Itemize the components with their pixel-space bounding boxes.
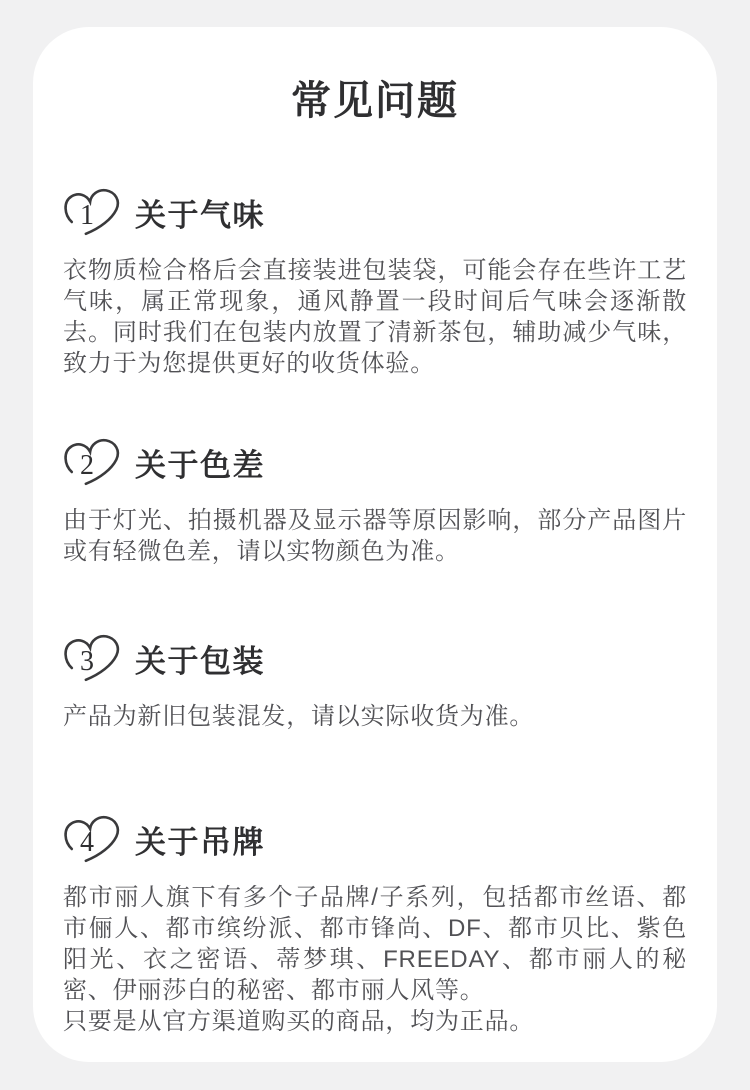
faq-section-odor: 1 关于气味 衣物质检合格后会直接装进包装袋，可能会存在些许工艺气味，属正常现象…	[63, 187, 687, 379]
section-number: 4	[77, 828, 97, 858]
section-title: 关于色差	[135, 440, 265, 485]
section-body: 由于灯光、拍摄机器及显示器等原因影响，部分产品图片或有轻微色差，请以实物颜色为准…	[63, 505, 687, 567]
page-title: 常见问题	[63, 77, 687, 125]
section-body: 都市丽人旗下有多个子品牌/子系列，包括都市丝语、都市俪人、都市缤纷派、都市锋尚、…	[63, 882, 687, 1037]
section-head: 3 关于包装	[63, 633, 687, 683]
section-number: 2	[77, 451, 97, 481]
section-head: 1 关于气味	[63, 187, 687, 237]
section-body: 衣物质检合格后会直接装进包装袋，可能会存在些许工艺气味，属正常现象，通风静置一段…	[63, 255, 687, 379]
heart-outline-icon: 3	[63, 633, 125, 683]
faq-section-packaging: 3 关于包装 产品为新旧包装混发，请以实际收货为准。	[63, 633, 687, 732]
section-title: 关于气味	[135, 190, 265, 235]
section-head: 4 关于吊牌	[63, 814, 687, 864]
heart-outline-icon: 2	[63, 437, 125, 487]
section-number: 3	[77, 647, 97, 677]
faq-card: 常见问题 1 关于气味 衣物质检合格后会直接装进包装袋，可能会存在些许工艺气味，…	[33, 27, 717, 1062]
section-head: 2 关于色差	[63, 437, 687, 487]
section-body: 产品为新旧包装混发，请以实际收货为准。	[63, 701, 687, 732]
faq-section-tags: 4 关于吊牌 都市丽人旗下有多个子品牌/子系列，包括都市丝语、都市俪人、都市缤纷…	[63, 814, 687, 1037]
section-number: 1	[77, 201, 97, 231]
section-title: 关于包装	[135, 636, 265, 681]
heart-outline-icon: 4	[63, 814, 125, 864]
faq-section-color-difference: 2 关于色差 由于灯光、拍摄机器及显示器等原因影响，部分产品图片或有轻微色差，请…	[63, 437, 687, 567]
section-title: 关于吊牌	[135, 817, 265, 862]
heart-outline-icon: 1	[63, 187, 125, 237]
